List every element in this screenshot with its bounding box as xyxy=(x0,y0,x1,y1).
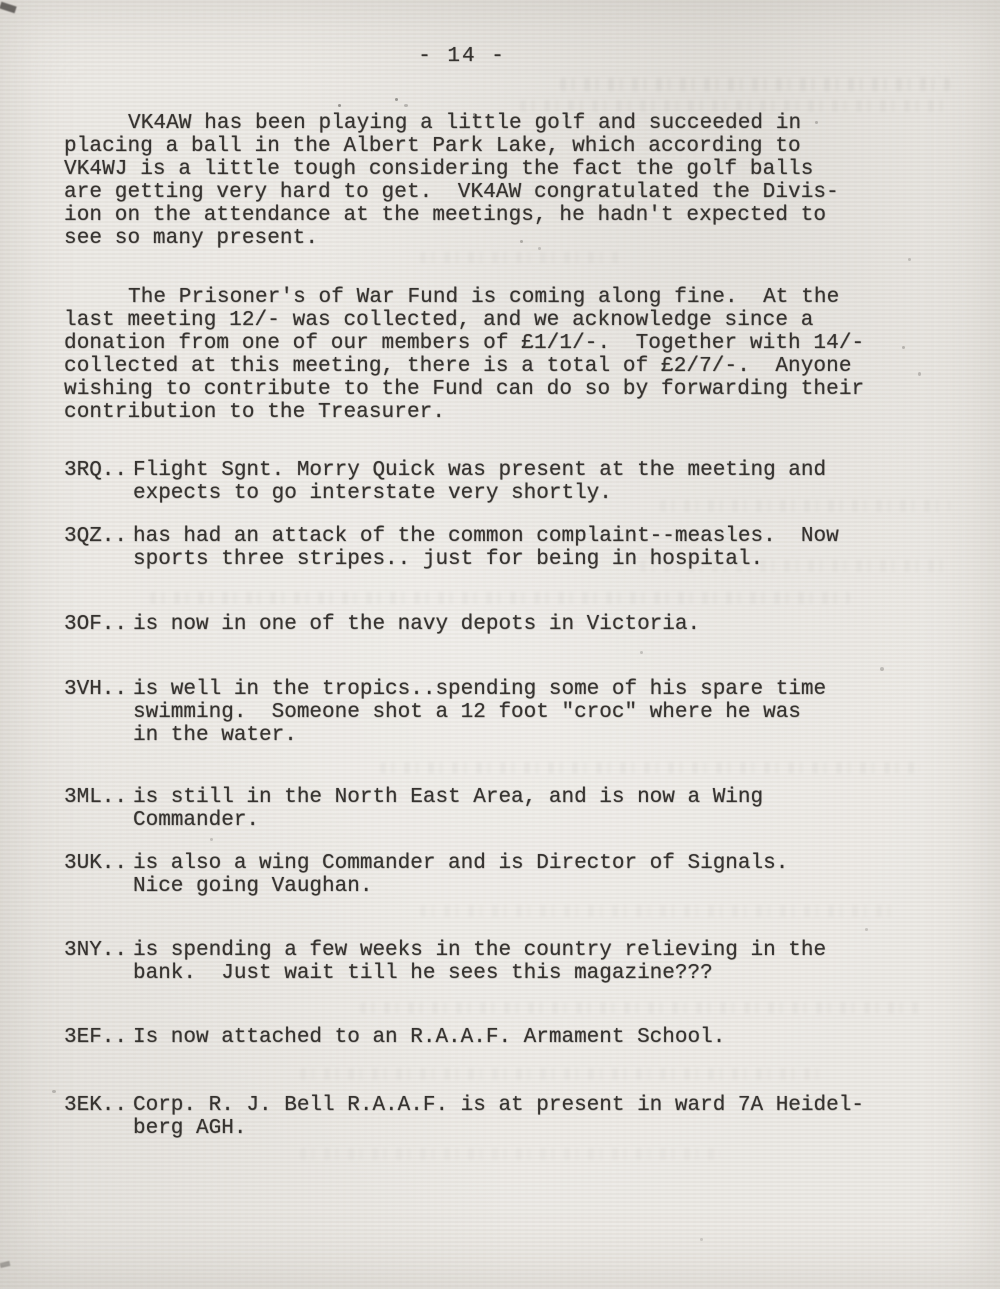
news-entry-3of: 3OF.. is now in one of the navy depots i… xyxy=(64,613,964,636)
callsign-label: 3QZ.. xyxy=(64,525,133,548)
callsign-label: 3VH.. xyxy=(64,678,133,701)
bleed-through xyxy=(660,500,950,512)
news-entry-3uk: 3UK.. is also a wing Commander and is Di… xyxy=(64,852,964,898)
ink-speck xyxy=(473,113,476,116)
bleed-through xyxy=(150,592,850,604)
bleed-through xyxy=(360,1002,920,1014)
ink-speck xyxy=(565,115,568,118)
callsign-label: 3RQ.. xyxy=(64,459,133,482)
entry-text: Is now attached to an R.A.A.F. Armament … xyxy=(133,1026,725,1049)
ink-speck xyxy=(404,104,408,107)
entry-text: is still in the North East Area, and is … xyxy=(133,786,763,832)
page-number: - 14 - xyxy=(0,45,924,68)
ink-speck xyxy=(908,258,911,261)
ink-speck xyxy=(918,372,921,376)
news-entry-3ef: 3EF.. Is now attached to an R.A.A.F. Arm… xyxy=(64,1026,964,1049)
document-page: - 14 - VK4AW has been playing a little g… xyxy=(0,0,1000,1289)
entry-text: is spending a few weeks in the country r… xyxy=(133,939,826,985)
callsign-label: 3UK.. xyxy=(64,852,133,875)
callsign-label: 3NY.. xyxy=(64,939,133,962)
ink-speck xyxy=(395,98,398,101)
callsign-label: 3EK.. xyxy=(64,1094,133,1117)
ink-speck xyxy=(815,121,818,124)
bleed-through xyxy=(420,252,620,263)
ink-speck xyxy=(880,667,884,671)
bleed-through xyxy=(380,762,920,774)
ink-speck xyxy=(865,928,868,931)
entry-text: Flight Sgnt. Morry Quick was present at … xyxy=(133,459,826,505)
news-entry-3ny: 3NY.. is spending a few weeks in the cou… xyxy=(64,939,964,985)
ink-speck xyxy=(538,247,541,250)
corner-nick xyxy=(0,1261,10,1268)
bleed-through xyxy=(300,1148,720,1160)
news-entry-3rq: 3RQ.. Flight Sgnt. Morry Quick was prese… xyxy=(64,459,964,505)
ink-speck xyxy=(640,651,643,654)
news-entry-3ml: 3ML.. is still in the North East Area, a… xyxy=(64,786,964,832)
corner-nick xyxy=(0,2,17,14)
news-entry-3vh: 3VH.. is well in the tropics..spending s… xyxy=(64,678,964,747)
paragraph-golf-news: VK4AW has been playing a little golf and… xyxy=(64,112,964,250)
paragraph-pow-fund: The Prisoner's of War Fund is coming alo… xyxy=(64,286,964,424)
ink-speck xyxy=(520,240,523,243)
bleed-through xyxy=(520,100,950,112)
ink-speck xyxy=(210,838,213,841)
entry-text: is well in the tropics..spending some of… xyxy=(133,678,826,747)
ink-speck xyxy=(902,346,905,349)
ink-speck xyxy=(700,1238,703,1241)
entry-text: is now in one of the navy depots in Vict… xyxy=(133,613,700,636)
callsign-label: 3EF.. xyxy=(64,1026,133,1049)
bleed-through xyxy=(560,78,950,91)
ink-speck xyxy=(338,104,341,107)
entry-text: Corp. R. J. Bell R.A.A.F. is at present … xyxy=(133,1094,864,1140)
bleed-through xyxy=(300,1068,820,1080)
entry-text: is also a wing Commander and is Director… xyxy=(133,852,788,898)
callsign-label: 3ML.. xyxy=(64,786,133,809)
news-entry-3ek: 3EK.. Corp. R. J. Bell R.A.A.F. is at pr… xyxy=(64,1094,964,1140)
ink-speck xyxy=(52,1090,56,1093)
callsign-label: 3OF.. xyxy=(64,613,133,636)
bleed-through xyxy=(420,905,900,917)
bleed-through xyxy=(640,560,950,572)
